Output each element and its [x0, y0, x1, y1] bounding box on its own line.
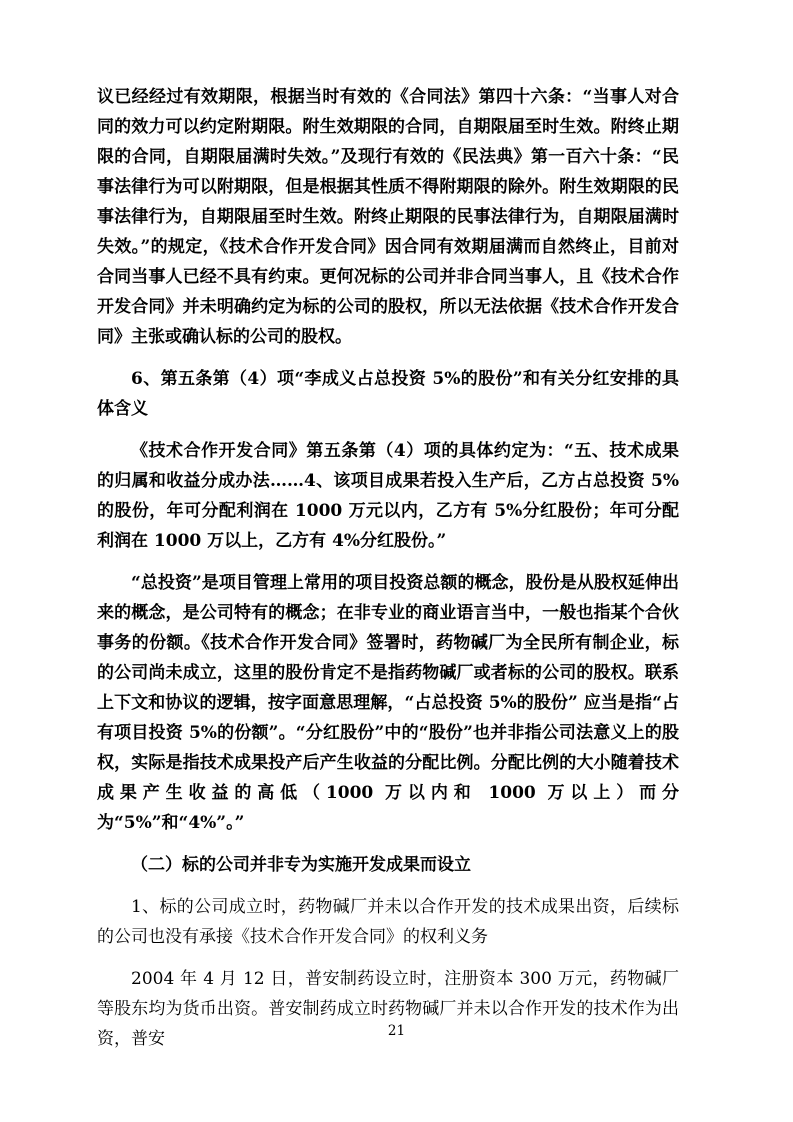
- paragraph-item-1-company-establishment: 1、标的公司成立时，药物碱厂并未以合作开发的技术成果出资，后续标的公司也没有承接…: [97, 892, 679, 952]
- paragraph-puan-pharma-establishment: 2004 年 4 月 12 日，普安制药设立时，注册资本 300 万元，药物碱厂…: [97, 964, 679, 1054]
- paragraph-clause-5-item-4-provision: 《技术合作开发合同》第五条第（4）项的具体约定为：“五、技术成果的归属和收益分成…: [97, 436, 679, 556]
- heading-section-2: （二）标的公司并非专为实施开发成果而设立: [97, 850, 679, 880]
- paragraph-contract-term-analysis: 议已经经过有效期限，根据当时有效的《合同法》第四十六条：“当事人对合同的效力可以…: [97, 82, 679, 352]
- page-body: 议已经经过有效期限，根据当时有效的《合同法》第四十六条：“当事人对合同的效力可以…: [97, 82, 679, 1054]
- page-number: 21: [0, 1022, 793, 1040]
- document-page: 议已经经过有效期限，根据当时有效的《合同法》第四十六条：“当事人对合同的效力可以…: [0, 0, 793, 1122]
- paragraph-total-investment-interpretation: “总投资”是项目管理上常用的项目投资总额的概念，股份是从股权延伸出来的概念，是公…: [97, 568, 679, 838]
- heading-clause-5-item-4: 6、第五条第（4）项“李成义占总投资 5%的股份”和有关分红安排的具体含义: [97, 364, 679, 424]
